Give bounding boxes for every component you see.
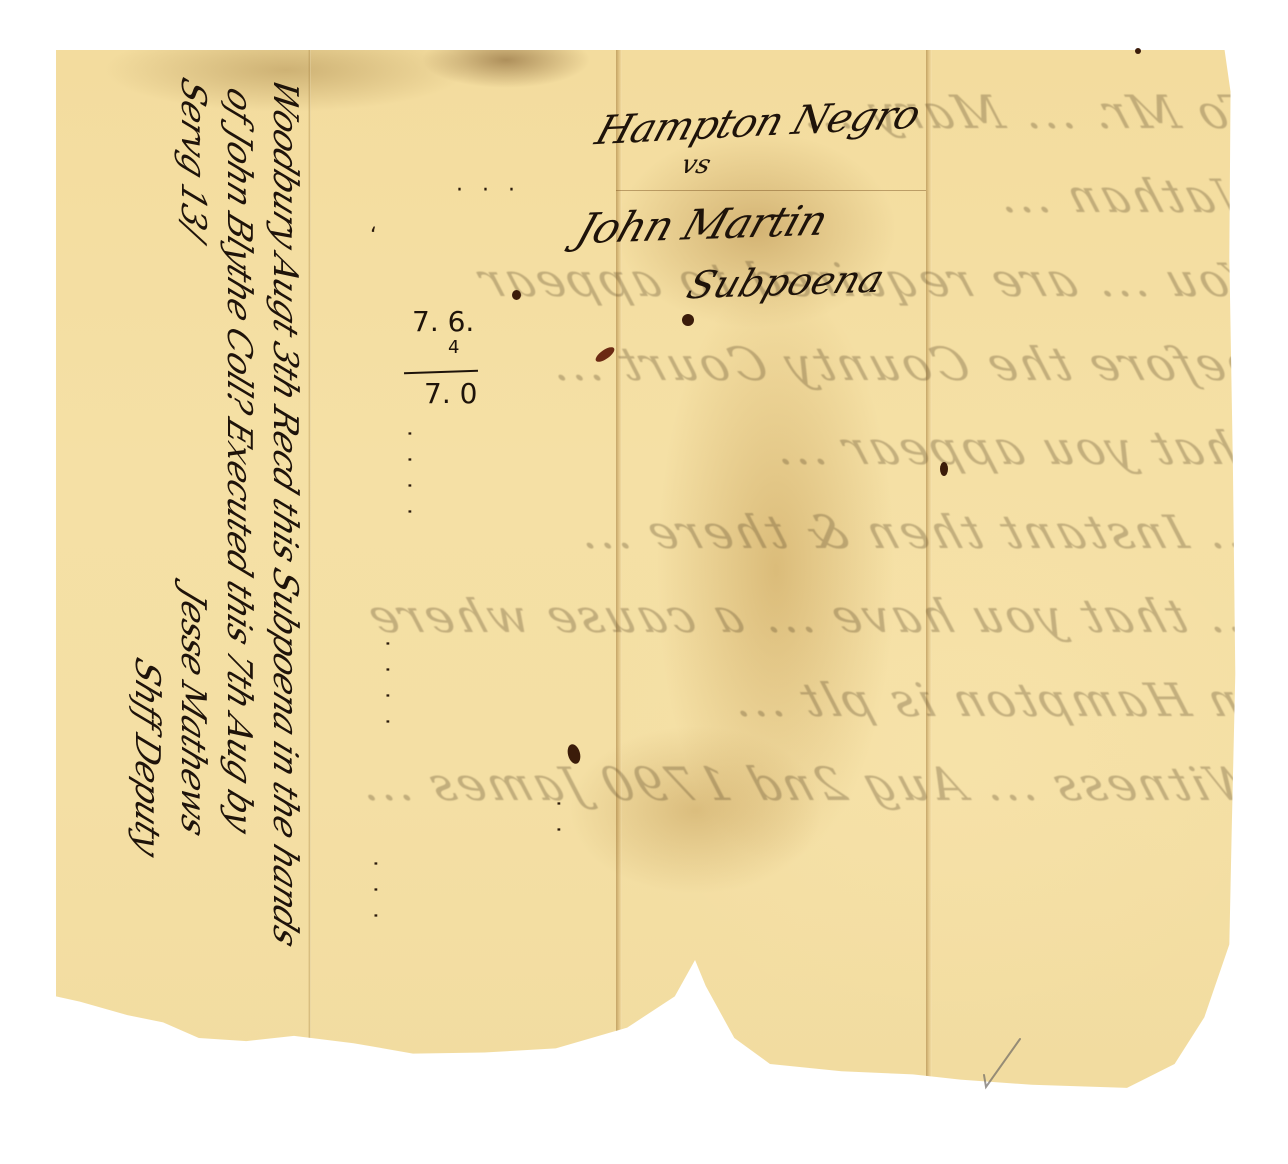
fee-total: 7. 0 <box>424 377 477 410</box>
return-signature: Jesse Mathews <box>173 582 213 842</box>
return-line: Woodbury Augt 3th Recd this Subpoena in … <box>265 72 305 953</box>
return-line: of John Blythe Coll? Executed this 7th A… <box>219 82 259 839</box>
return-line: Servg 13/ <box>173 72 213 245</box>
return-title: Shff Deputy <box>127 652 167 862</box>
return-of-service: Woodbury Augt 3th Recd this Subpoena in … <box>75 70 305 1030</box>
ink-blot <box>1135 48 1141 54</box>
ink-dots: · · · · <box>396 430 421 521</box>
ink-dots: · · · · <box>374 640 399 731</box>
ink-dots: · · · <box>456 178 521 203</box>
document-scan: To Mr. ... Mary ... Nathan ... You ... a… <box>0 0 1288 1164</box>
fee-line: 4 <box>448 337 459 358</box>
ink-dots: · · <box>545 800 570 839</box>
docket-defendant: John Martin <box>570 196 833 253</box>
fee-line: 7. 6. <box>412 305 474 338</box>
ink-dots: ‘ <box>370 224 383 249</box>
ink-blot <box>512 290 521 300</box>
ink-dots: · · · <box>362 860 387 925</box>
ink-blot <box>940 462 948 476</box>
ink-blot <box>682 314 694 326</box>
pencil-check-icon <box>980 1035 1030 1095</box>
docket-document-type: Subpoena <box>682 257 890 308</box>
